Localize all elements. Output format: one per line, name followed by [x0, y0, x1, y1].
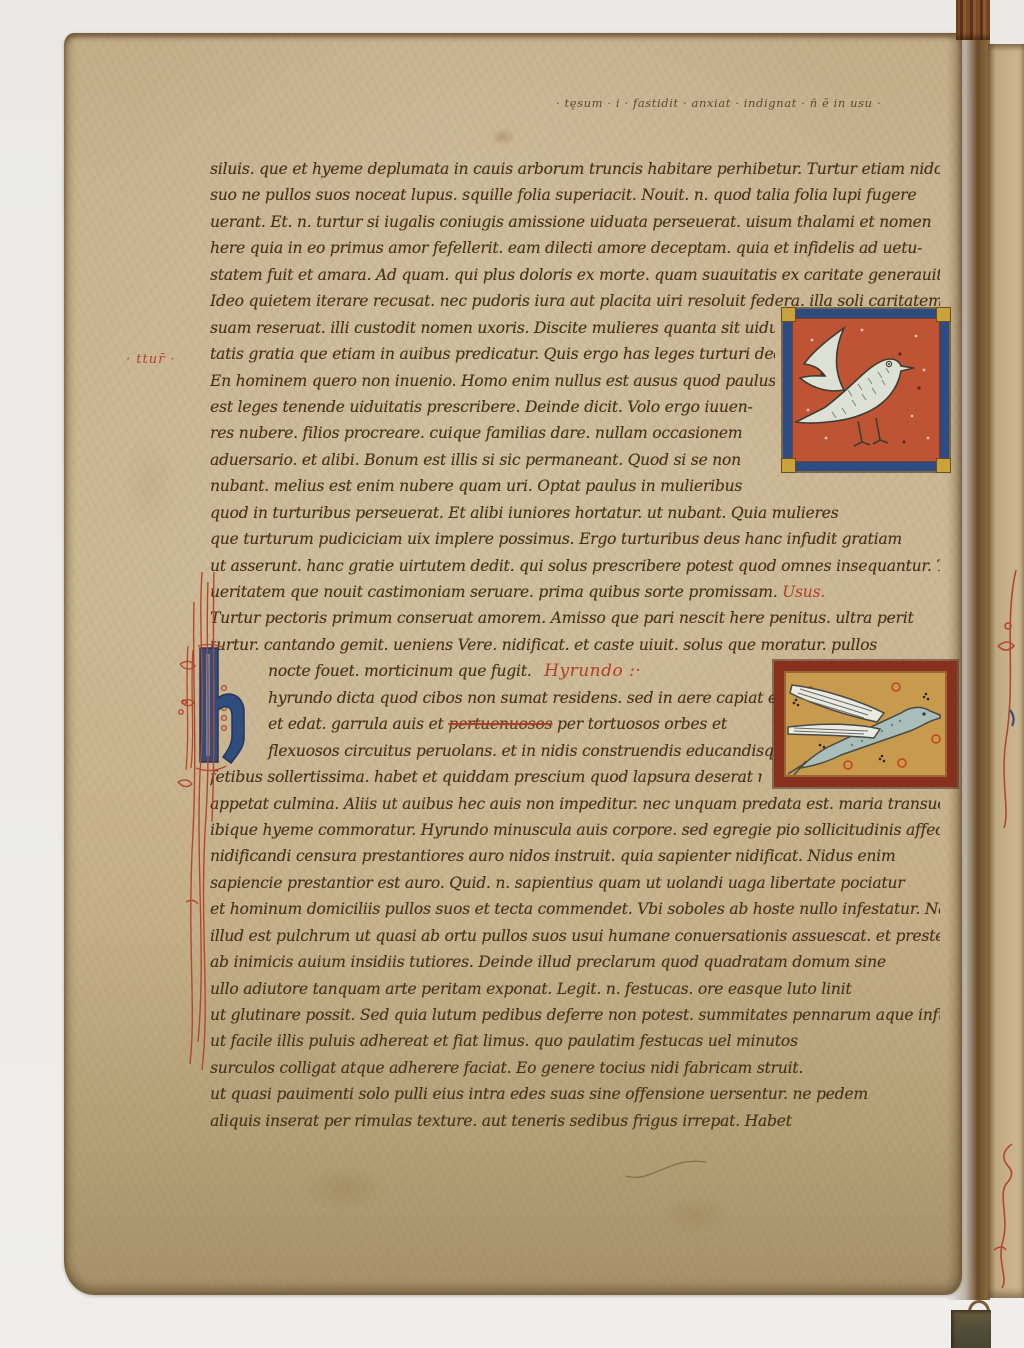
expunged-word: pertuenuosos [448, 715, 552, 733]
text-line: ibique hyeme commoratur. Hyrundo minuscu… [210, 817, 940, 843]
text-line: En hominem quero non inuenio. Homo enim … [210, 368, 775, 394]
text-line-main: nocte fouet. morticinum que fugit. [268, 662, 536, 680]
text-line: ut glutinare possit. Sed quia lutum pedi… [210, 1002, 940, 1028]
red-word-usus: Usus. [782, 583, 825, 601]
text-line: aduersario. et alibi. Bonum est illis si… [210, 447, 775, 473]
text-line: hyrundo dicta quod cibos non sumat resid… [210, 685, 820, 711]
facing-page-penwork [988, 1140, 1022, 1290]
text-line-main: ueritatem que nouit castimoniam seruare.… [210, 583, 782, 601]
text-line: nidificandi censura prestantiores auro n… [210, 843, 940, 869]
text-line: turtur. cantando gemit. ueniens Vere. ni… [210, 632, 940, 658]
text-line: ut quasi pauimenti solo pulli eius intra… [210, 1081, 940, 1107]
text-line: ueritatem que nouit castimoniam seruare.… [210, 579, 940, 605]
text-line: et edat. garrula auis et pertuenuosos pe… [210, 711, 820, 737]
text-line: et hominum domiciliis pullos suos et tec… [210, 896, 940, 922]
text-line: suo ne pullos suos noceat lupus. squille… [210, 182, 940, 208]
text-line: surculos colligat atque adherere faciat.… [210, 1055, 940, 1081]
text-line-main: et edat. garrula auis et [268, 715, 448, 733]
text-line: quod in turturibus perseuerat. Et alibi … [210, 500, 940, 526]
text-line: here quia in eo primus amor fefellerit. … [210, 235, 940, 261]
text-line: Turtur pectoris primum conseruat amorem.… [210, 605, 940, 631]
chapter-rubric-hyrundo: Hyrundo :· [544, 661, 641, 681]
text-block: siluis. que et hyeme deplumata in cauis … [210, 156, 940, 1134]
margin-note: · ttur̄ · [126, 352, 176, 367]
text-line: statem fuit et amara. Ad quam. qui plus … [210, 262, 940, 288]
text-line: ullo adiutore tanquam arte peritam expon… [210, 976, 940, 1002]
text-line: nubant. melius est enim nubere quam uri.… [210, 473, 940, 499]
text-line: sapiencie prestantior est auro. Quid. n.… [210, 870, 940, 896]
text-line: ut facile illis puluis adhereat et fiat … [210, 1028, 940, 1054]
text-line: tatis gratia que etiam in auibus predica… [210, 341, 775, 367]
text-line: ut asserunt. hanc gratie uirtutem dedit.… [210, 553, 940, 579]
turtur-miniature [783, 309, 949, 471]
text-line: appetat culmina. Aliis ut auibus hec aui… [210, 791, 940, 817]
text-line: res nubere. filios procreare. cuique fam… [210, 420, 775, 446]
text-line: suam reseruat. illi custodit nomen uxori… [210, 315, 775, 341]
binding-strap [951, 1310, 991, 1348]
text-line: siluis. que et hyeme deplumata in cauis … [210, 156, 940, 182]
hyrundo-miniature [774, 661, 957, 787]
text-line: que turturum pudiciciam uix implere poss… [210, 526, 940, 552]
text-line: est leges tenende uiduitatis prescribere… [210, 394, 775, 420]
text-line: uerant. Et. n. turtur si iugalis coniugi… [210, 209, 940, 235]
facing-page-penwork [986, 560, 1024, 830]
header-gloss: · tęsum · i · fastidit · anxiat · indign… [556, 96, 946, 110]
text-line: aliquis inserat per rimulas texture. aut… [210, 1108, 940, 1134]
binding-headband [956, 0, 990, 40]
flying-swallow-icon [784, 671, 947, 777]
text-line: ab inimicis auium insidiis tutiores. Dei… [210, 949, 940, 975]
margin-penwork-flourish [172, 572, 220, 1072]
manuscript-photo: { "header": { "gloss": "· tęsum · i · fa… [0, 0, 1024, 1348]
text-line-main: per tortuosos orbes et [552, 715, 727, 733]
pen-trial-curl [620, 1146, 710, 1186]
standing-dove-icon [792, 318, 940, 462]
text-line: flexuosos circuitus peruolans. et in nid… [210, 738, 820, 764]
text-line: fetibus sollertissima. habet et quiddam … [210, 764, 762, 790]
text-line: illud est pulchrum ut quasi ab ortu pull… [210, 923, 940, 949]
